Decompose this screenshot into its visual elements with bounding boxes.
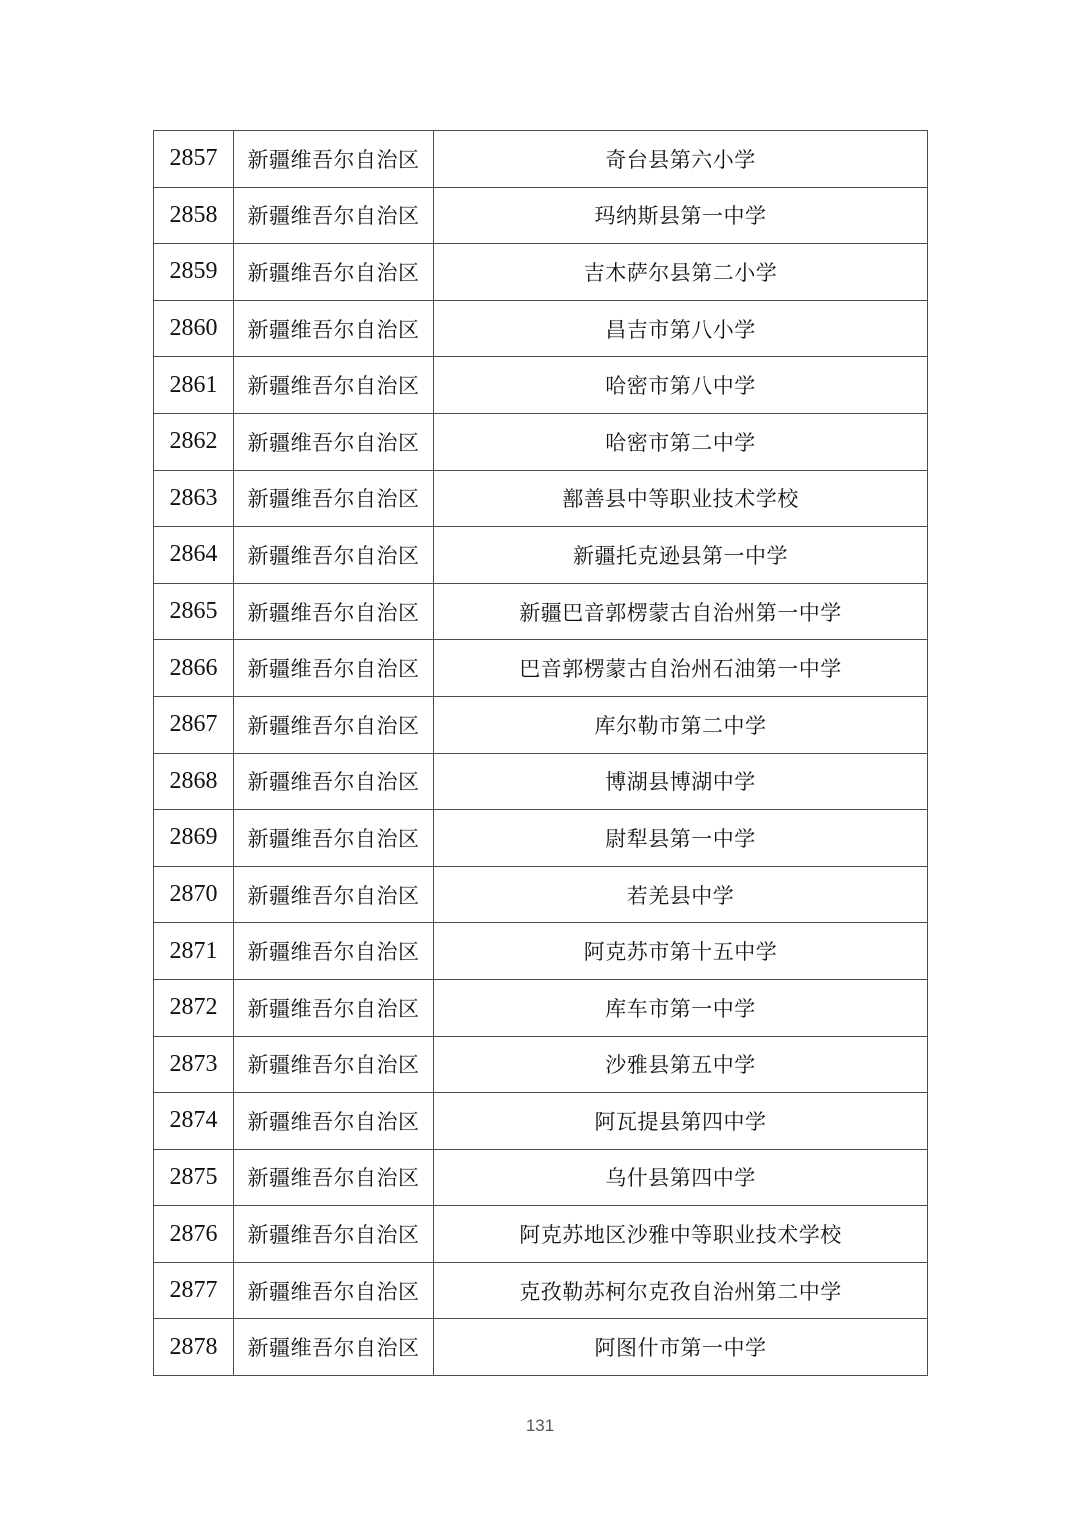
row-region: 新疆维吾尔自治区 — [234, 470, 434, 527]
row-region: 新疆维吾尔自治区 — [234, 923, 434, 980]
table-row: 2875 新疆维吾尔自治区 乌什县第四中学 — [154, 1149, 928, 1206]
row-school-name: 哈密市第八中学 — [434, 357, 928, 414]
row-region: 新疆维吾尔自治区 — [234, 1262, 434, 1319]
row-serial-number: 2876 — [154, 1206, 234, 1263]
row-school-name: 昌吉市第八小学 — [434, 300, 928, 357]
row-school-name: 吉木萨尔县第二小学 — [434, 244, 928, 301]
row-region: 新疆维吾尔自治区 — [234, 187, 434, 244]
row-school-name: 尉犁县第一中学 — [434, 810, 928, 867]
row-school-name: 阿图什市第一中学 — [434, 1319, 928, 1376]
row-school-name: 库尔勒市第二中学 — [434, 696, 928, 753]
row-region: 新疆维吾尔自治区 — [234, 866, 434, 923]
row-school-name: 鄯善县中等职业技术学校 — [434, 470, 928, 527]
row-school-name: 阿瓦提县第四中学 — [434, 1093, 928, 1150]
row-school-name: 库车市第一中学 — [434, 979, 928, 1036]
row-school-name: 巴音郭楞蒙古自治州石油第一中学 — [434, 640, 928, 697]
row-serial-number: 2859 — [154, 244, 234, 301]
row-region: 新疆维吾尔自治区 — [234, 1149, 434, 1206]
row-serial-number: 2863 — [154, 470, 234, 527]
table-row: 2861 新疆维吾尔自治区 哈密市第八中学 — [154, 357, 928, 414]
row-region: 新疆维吾尔自治区 — [234, 696, 434, 753]
row-school-name: 乌什县第四中学 — [434, 1149, 928, 1206]
row-serial-number: 2869 — [154, 810, 234, 867]
row-region: 新疆维吾尔自治区 — [234, 810, 434, 867]
row-region: 新疆维吾尔自治区 — [234, 753, 434, 810]
table-row: 2869 新疆维吾尔自治区 尉犁县第一中学 — [154, 810, 928, 867]
row-school-name: 新疆托克逊县第一中学 — [434, 527, 928, 584]
school-list-table: 2857 新疆维吾尔自治区 奇台县第六小学 2858 新疆维吾尔自治区 玛纳斯县… — [153, 130, 928, 1376]
row-serial-number: 2878 — [154, 1319, 234, 1376]
row-region: 新疆维吾尔自治区 — [234, 583, 434, 640]
row-serial-number: 2866 — [154, 640, 234, 697]
row-serial-number: 2867 — [154, 696, 234, 753]
row-region: 新疆维吾尔自治区 — [234, 413, 434, 470]
row-region: 新疆维吾尔自治区 — [234, 1206, 434, 1263]
row-region: 新疆维吾尔自治区 — [234, 1319, 434, 1376]
row-school-name: 玛纳斯县第一中学 — [434, 187, 928, 244]
row-region: 新疆维吾尔自治区 — [234, 300, 434, 357]
row-school-name: 沙雅县第五中学 — [434, 1036, 928, 1093]
row-serial-number: 2873 — [154, 1036, 234, 1093]
row-region: 新疆维吾尔自治区 — [234, 131, 434, 188]
row-serial-number: 2870 — [154, 866, 234, 923]
table-row: 2866 新疆维吾尔自治区 巴音郭楞蒙古自治州石油第一中学 — [154, 640, 928, 697]
table-row: 2878 新疆维吾尔自治区 阿图什市第一中学 — [154, 1319, 928, 1376]
row-school-name: 博湖县博湖中学 — [434, 753, 928, 810]
row-region: 新疆维吾尔自治区 — [234, 357, 434, 414]
table-row: 2865 新疆维吾尔自治区 新疆巴音郭楞蒙古自治州第一中学 — [154, 583, 928, 640]
table-body: 2857 新疆维吾尔自治区 奇台县第六小学 2858 新疆维吾尔自治区 玛纳斯县… — [154, 131, 928, 1376]
table-row: 2859 新疆维吾尔自治区 吉木萨尔县第二小学 — [154, 244, 928, 301]
row-serial-number: 2875 — [154, 1149, 234, 1206]
table-row: 2862 新疆维吾尔自治区 哈密市第二中学 — [154, 413, 928, 470]
table-row: 2860 新疆维吾尔自治区 昌吉市第八小学 — [154, 300, 928, 357]
row-serial-number: 2861 — [154, 357, 234, 414]
table-row: 2877 新疆维吾尔自治区 克孜勒苏柯尔克孜自治州第二中学 — [154, 1262, 928, 1319]
table-row: 2863 新疆维吾尔自治区 鄯善县中等职业技术学校 — [154, 470, 928, 527]
row-serial-number: 2858 — [154, 187, 234, 244]
row-serial-number: 2871 — [154, 923, 234, 980]
row-region: 新疆维吾尔自治区 — [234, 527, 434, 584]
row-region: 新疆维吾尔自治区 — [234, 1093, 434, 1150]
table-row: 2872 新疆维吾尔自治区 库车市第一中学 — [154, 979, 928, 1036]
table-row: 2864 新疆维吾尔自治区 新疆托克逊县第一中学 — [154, 527, 928, 584]
row-serial-number: 2868 — [154, 753, 234, 810]
row-serial-number: 2874 — [154, 1093, 234, 1150]
row-serial-number: 2860 — [154, 300, 234, 357]
table-row: 2858 新疆维吾尔自治区 玛纳斯县第一中学 — [154, 187, 928, 244]
row-serial-number: 2857 — [154, 131, 234, 188]
row-school-name: 阿克苏地区沙雅中等职业技术学校 — [434, 1206, 928, 1263]
row-school-name: 若羌县中学 — [434, 866, 928, 923]
row-region: 新疆维吾尔自治区 — [234, 244, 434, 301]
row-region: 新疆维吾尔自治区 — [234, 1036, 434, 1093]
table-row: 2857 新疆维吾尔自治区 奇台县第六小学 — [154, 131, 928, 188]
row-school-name: 哈密市第二中学 — [434, 413, 928, 470]
table-row: 2873 新疆维吾尔自治区 沙雅县第五中学 — [154, 1036, 928, 1093]
page-number: 131 — [0, 1416, 1080, 1436]
document-page: 2857 新疆维吾尔自治区 奇台县第六小学 2858 新疆维吾尔自治区 玛纳斯县… — [0, 0, 1080, 1527]
row-serial-number: 2872 — [154, 979, 234, 1036]
row-school-name: 阿克苏市第十五中学 — [434, 923, 928, 980]
row-region: 新疆维吾尔自治区 — [234, 640, 434, 697]
table-row: 2871 新疆维吾尔自治区 阿克苏市第十五中学 — [154, 923, 928, 980]
row-serial-number: 2865 — [154, 583, 234, 640]
row-serial-number: 2864 — [154, 527, 234, 584]
row-school-name: 奇台县第六小学 — [434, 131, 928, 188]
row-serial-number: 2877 — [154, 1262, 234, 1319]
table-row: 2867 新疆维吾尔自治区 库尔勒市第二中学 — [154, 696, 928, 753]
table-row: 2870 新疆维吾尔自治区 若羌县中学 — [154, 866, 928, 923]
table-row: 2868 新疆维吾尔自治区 博湖县博湖中学 — [154, 753, 928, 810]
row-region: 新疆维吾尔自治区 — [234, 979, 434, 1036]
row-school-name: 新疆巴音郭楞蒙古自治州第一中学 — [434, 583, 928, 640]
table-row: 2876 新疆维吾尔自治区 阿克苏地区沙雅中等职业技术学校 — [154, 1206, 928, 1263]
table-row: 2874 新疆维吾尔自治区 阿瓦提县第四中学 — [154, 1093, 928, 1150]
row-school-name: 克孜勒苏柯尔克孜自治州第二中学 — [434, 1262, 928, 1319]
row-serial-number: 2862 — [154, 413, 234, 470]
